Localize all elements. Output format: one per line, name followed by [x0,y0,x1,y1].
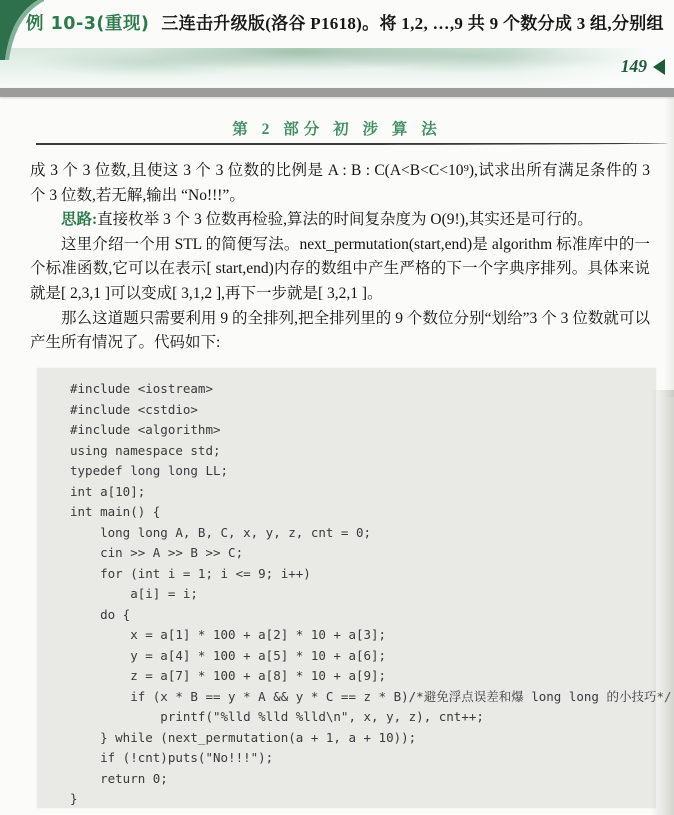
code-line: if (!cnt)puts("No!!!"); [70,748,650,769]
code-line: do { [70,605,650,626]
code-line: #include <cstdio> [70,400,650,421]
paragraph-idea: 思路:直接枚举 3 个 3 位数再检验,算法的时间复杂度为 O(9!),其实还是… [30,208,650,233]
code-line: #include <algorithm> [70,420,650,441]
code-line: y = a[4] * 100 + a[5] * 10 + a[6]; [70,646,650,667]
code-line: using namespace std; [70,441,650,462]
code-line: z = a[7] * 100 + a[8] * 10 + a[9]; [70,666,650,687]
body-text: 成 3 个 3 位数,且使这 3 个 3 位数的比例是 A : B : C(A<… [30,159,650,356]
section-header: 第 2 部分 初 涉 算 法 [0,117,674,139]
page-edge-bar [0,88,674,97]
code-line: } [70,789,650,810]
solution-text: 那么这道题只需要利用 9 的全排列,把全排列里的 9 个数位分别“划给”3 个 … [30,310,650,352]
paragraph-problem-text: 成 3 个 3 位数,且使这 3 个 3 位数的比例是 A : B : C(A<… [30,162,650,204]
code-line: int a[10]; [70,482,650,503]
idea-text: 直接枚举 3 个 3 位数再检验,算法的时间复杂度为 O(9!),其实还是可行的… [97,211,593,228]
code-line: cin >> A >> B >> C; [70,543,650,564]
code-line: } while (next_permutation(a + 1, a + 10)… [70,728,650,749]
paragraph-problem: 成 3 个 3 位数,且使这 3 个 3 位数的比例是 A : B : C(A<… [30,159,650,208]
code-block: #include <iostream> #include <cstdio> #i… [37,368,656,808]
page-number-text: 149 [621,56,647,77]
code-line: long long A, B, C, x, y, z, cnt = 0; [70,523,650,544]
code-line: #include <iostream> [70,379,650,400]
page-number: 149 [621,56,665,77]
header-rule [36,143,668,145]
example-heading: 例 10-3(重现)三连击升级版(洛谷 P1618)。将 1,2, …,9 共 … [26,12,666,36]
example-title: 三连击升级版(洛谷 P1618)。将 1,2, …,9 共 9 个数分成 3 组… [161,14,663,33]
paragraph-solution: 那么这道题只需要利用 9 的全排列,把全排列里的 9 个数位分别“划给”3 个 … [30,307,650,356]
paragraph-stl-intro: 这里介绍一个用 STL 的简便写法。next_permutation(start… [30,233,650,307]
code-line: return 0; [70,769,650,790]
idea-lead-label: 思路: [61,211,97,228]
example-label: 例 10-3(重现) [26,14,149,34]
code-line: printf("%lld %lld %lld\n", x, y, z), cnt… [70,707,650,728]
code-line: int main() { [70,502,650,523]
code-line: typedef long long LL; [70,461,650,482]
page-curl-shadow-top [664,97,674,397]
code-line: for (int i = 1; i <= 9; i++) [70,564,650,585]
decorative-banner [0,48,674,88]
code-line: a[i] = i; [70,584,650,605]
stl-intro-text: 这里介绍一个用 STL 的简便写法。next_permutation(start… [30,236,650,302]
page-marker-triangle-icon [653,59,665,75]
code-line: if (x * B == y * A && y * C == z * B)/*避… [70,687,650,708]
code-line: x = a[1] * 100 + a[2] * 10 + a[3]; [70,625,650,646]
